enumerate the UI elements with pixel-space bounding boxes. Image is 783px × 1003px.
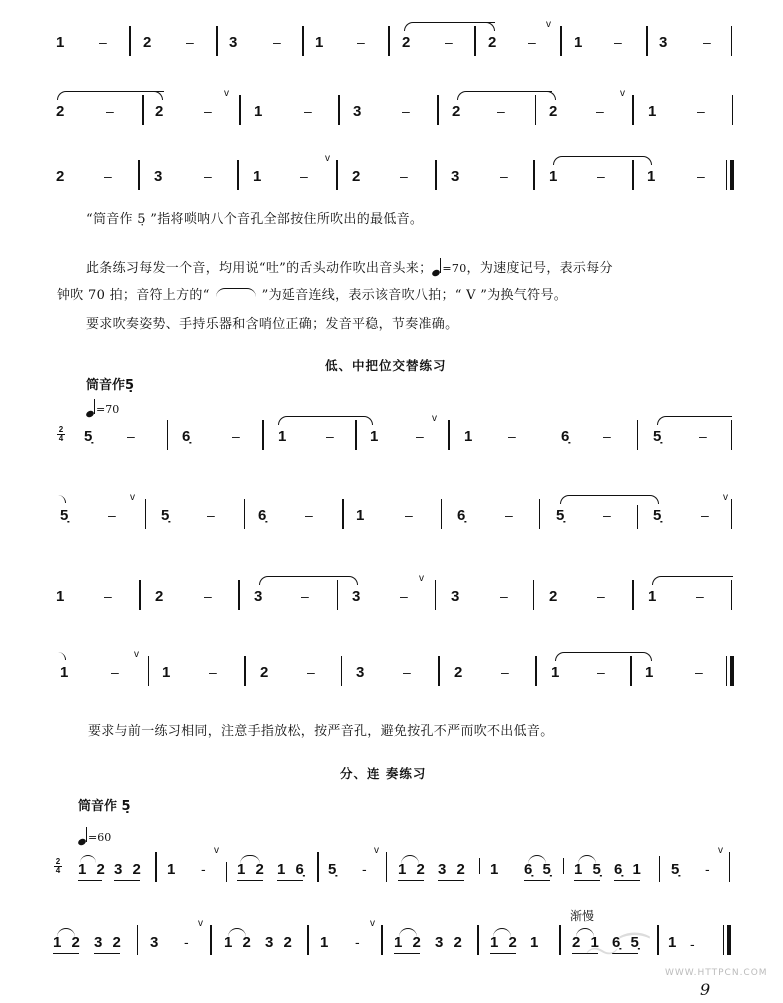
time-sig-bottom: 4 xyxy=(59,434,63,443)
tie-end xyxy=(50,652,66,660)
note-group: 1 6̣ xyxy=(277,862,307,877)
score-line-3: 2 – 3 – 1 – v 2 – 3 – 1 – 1 – xyxy=(0,160,783,204)
barline xyxy=(216,26,218,56)
dash: – xyxy=(127,429,135,443)
note: 1 xyxy=(56,35,64,50)
note: 3 xyxy=(451,169,459,184)
underline-eighth xyxy=(78,880,102,881)
dash: – xyxy=(402,104,410,118)
barline xyxy=(386,852,387,882)
dash: – xyxy=(104,589,112,603)
breath-mark: v xyxy=(374,846,379,856)
tie-symbol-icon xyxy=(216,288,256,297)
underline-eighth xyxy=(53,953,79,954)
dash: – xyxy=(596,104,604,118)
dash: – xyxy=(697,169,705,183)
barline xyxy=(336,160,338,190)
paragraph-ex2-requirements: 要求与前一练习相同，注意手指放松，按严音孔，避免按孔不严而吹不出低音。 xyxy=(88,725,554,738)
barline xyxy=(238,580,240,610)
note: 3 xyxy=(150,935,158,950)
breath-mark: v xyxy=(130,493,135,503)
note: 2 xyxy=(488,35,496,50)
note: 1 xyxy=(647,169,655,184)
barline xyxy=(731,580,732,610)
barline xyxy=(533,160,535,190)
breath-mark: v xyxy=(432,414,437,424)
note: 1 xyxy=(254,104,262,119)
tie-slur xyxy=(259,576,358,585)
note: 3 xyxy=(659,35,667,50)
breath-mark: v xyxy=(214,846,219,856)
barline xyxy=(533,580,534,610)
dash: – xyxy=(106,104,114,118)
dash: – xyxy=(508,429,516,443)
dash: – xyxy=(497,104,505,118)
note: 2 xyxy=(402,35,410,50)
dash: – xyxy=(400,589,408,603)
dash: – xyxy=(99,35,107,49)
note: 3 xyxy=(451,589,459,604)
dash: – xyxy=(304,104,312,118)
note: 1 xyxy=(253,169,261,184)
ex3-score-line-2: 1 2 3 2 3 - v 1 2 3 2 1 - v 1 2 3 2 1 2 … xyxy=(0,925,783,969)
barline xyxy=(731,26,732,56)
barline xyxy=(338,95,340,125)
ex2-score-line-2: 5̣ – v 5̣ – 6̣ – 1 – 6̣ – 5̣ – 5̣ – v xyxy=(0,499,783,543)
dash: – xyxy=(603,429,611,443)
barline xyxy=(637,420,638,450)
dash: - xyxy=(184,935,189,949)
tempo-marking: =70 xyxy=(86,399,119,417)
barline xyxy=(448,420,450,450)
barline xyxy=(560,26,562,56)
ex2-score-line-1: 2 4 5̣ – 6̣ – 1 – 1 – v 1 – 6̣ – 5̣ – xyxy=(0,420,783,464)
tie-slur xyxy=(142,91,163,100)
note: 2 xyxy=(260,665,268,680)
tie-slur xyxy=(555,652,652,661)
dash: – xyxy=(207,508,215,522)
breath-mark: v xyxy=(198,919,203,929)
note: 1 xyxy=(356,508,364,523)
barline xyxy=(535,656,537,686)
note: 5̣ xyxy=(653,508,661,523)
barline xyxy=(337,580,338,610)
paragraph-articulation: 此条练习每发一个音，均用说“吐”的舌头动作吹出音头来；=70，为速度记号，表示每… xyxy=(86,258,613,276)
note: 2 xyxy=(549,589,557,604)
barline xyxy=(659,856,660,882)
barline xyxy=(148,656,149,686)
barline xyxy=(632,95,634,125)
note: 6̣ xyxy=(182,429,190,444)
note: 1 xyxy=(645,665,653,680)
note: 6̣ xyxy=(561,429,569,444)
tie-slur xyxy=(560,495,659,504)
barline xyxy=(732,95,733,125)
dash: – xyxy=(300,169,308,183)
final-barline xyxy=(726,656,734,686)
breath-mark: v xyxy=(325,154,330,164)
text: ”为延音连线，表示该音吹八拍；“ V ”为换气符号。 xyxy=(262,288,567,303)
tempo-marking: =60 xyxy=(78,827,111,845)
barline xyxy=(139,580,141,610)
watermark-url: WWW.HTTPCN.COM xyxy=(665,968,768,978)
dash: – xyxy=(400,169,408,183)
barline xyxy=(539,499,540,529)
dash: – xyxy=(301,589,309,603)
barline xyxy=(244,499,245,529)
dash: – xyxy=(204,589,212,603)
note: 6̣ xyxy=(457,508,465,523)
note: 3 xyxy=(353,104,361,119)
tie-end xyxy=(50,495,66,503)
note: 1 xyxy=(490,862,498,877)
dash: – xyxy=(307,665,315,679)
note: 3 xyxy=(154,169,162,184)
note-group: 3 2 xyxy=(435,935,465,950)
underline-eighth xyxy=(490,953,516,954)
note-group: 3 2 xyxy=(438,862,468,877)
barline xyxy=(341,656,342,686)
underline-eighth xyxy=(524,880,550,881)
dash: – xyxy=(209,665,217,679)
tempo-value: =70 xyxy=(442,262,466,275)
note: 5̣ xyxy=(328,862,336,877)
paragraph-tie-breath: 钟吹 70 拍；音符上方的“”为延音连线，表示该音吹八拍；“ V ”为换气符号。 xyxy=(57,288,567,302)
ex2-score-line-3: 1 – 2 – 3 – 3 – v 3 – 2 – 1 – xyxy=(0,580,783,624)
dash: – xyxy=(416,429,424,443)
note: 1 xyxy=(464,429,472,444)
barline xyxy=(646,26,648,56)
breath-mark: v xyxy=(718,846,723,856)
dash: – xyxy=(204,169,212,183)
dash: – xyxy=(204,104,212,118)
note: 1 xyxy=(315,35,323,50)
barline xyxy=(244,656,246,686)
dash: – xyxy=(597,589,605,603)
dash: – xyxy=(597,665,605,679)
ex2-score-line-4: 1 – v 1 – 2 – 3 – 2 – 1 – 1 – xyxy=(0,656,783,700)
dash: – xyxy=(108,508,116,522)
dash: - xyxy=(690,937,695,951)
dash: – xyxy=(597,169,605,183)
barline xyxy=(381,925,383,955)
dash: – xyxy=(701,508,709,522)
dash: - xyxy=(355,935,360,949)
dash: - xyxy=(362,862,367,876)
underline-eighth xyxy=(277,880,303,881)
barline xyxy=(438,656,440,686)
quarter-note-icon xyxy=(432,258,442,276)
breath-mark: v xyxy=(370,919,375,929)
underline-eighth xyxy=(398,880,424,881)
note: 2 xyxy=(549,104,557,119)
section-title-low-mid-alternation: 低、中把位交替练习 xyxy=(325,360,447,373)
breath-mark: v xyxy=(419,574,424,584)
breath-mark: v xyxy=(620,89,625,99)
note: 5̣ xyxy=(556,508,564,523)
breath-mark: v xyxy=(723,493,728,503)
note: 1 xyxy=(668,935,676,950)
tie-slur xyxy=(652,576,733,585)
tie-slur xyxy=(553,156,652,165)
dash: - xyxy=(201,862,206,876)
note: 1 xyxy=(167,862,175,877)
barline xyxy=(210,925,212,955)
note: 2 xyxy=(155,589,163,604)
expression-rit: 渐慢 xyxy=(570,907,594,924)
final-barline xyxy=(726,160,734,190)
note-group: 1 2 xyxy=(398,862,428,877)
barline xyxy=(138,160,140,190)
final-barline xyxy=(723,925,731,955)
barline xyxy=(632,160,634,190)
barline xyxy=(137,925,138,955)
note: 3 xyxy=(352,589,360,604)
barline xyxy=(129,26,131,56)
ex3-score-line-1: 2 4 1 2 3 2 1 - v 1 2 1 6̣ 5̣ - v 1 2 3 … xyxy=(0,852,783,896)
dash: – xyxy=(403,665,411,679)
dash: – xyxy=(405,508,413,522)
barline xyxy=(155,852,157,882)
note: 2 xyxy=(56,169,64,184)
dash: – xyxy=(186,35,194,49)
dash: – xyxy=(501,665,509,679)
dash: – xyxy=(326,429,334,443)
time-signature: 2 4 xyxy=(54,858,62,875)
dash: – xyxy=(695,665,703,679)
note-group: 1 2 xyxy=(394,935,424,950)
dash: – xyxy=(603,508,611,522)
underline-eighth xyxy=(614,880,640,881)
tempo-value: =60 xyxy=(88,831,111,844)
barline xyxy=(559,925,561,955)
dash: – xyxy=(500,589,508,603)
note: 2 xyxy=(56,104,64,119)
note: 3 xyxy=(356,665,364,680)
note-group: 1 2 xyxy=(237,862,267,877)
note: 5̣ xyxy=(60,508,68,523)
barline xyxy=(435,580,436,610)
score-line-2: 2 – 2 – v 1 – 3 – 2 – 2 – v 1 – xyxy=(0,95,783,139)
dash: - xyxy=(705,862,710,876)
text: ，为速度记号，表示每分 xyxy=(467,261,613,276)
note: 1 xyxy=(648,589,656,604)
tie-slur xyxy=(535,91,556,100)
underline-eighth xyxy=(574,880,600,881)
barline xyxy=(307,925,309,955)
note: 1 xyxy=(648,104,656,119)
barline xyxy=(437,95,439,125)
barline xyxy=(226,862,227,882)
barline xyxy=(317,852,319,882)
note: 6̣ xyxy=(258,508,266,523)
note: 1 xyxy=(60,665,68,680)
dash: – xyxy=(357,35,365,49)
barline xyxy=(237,160,239,190)
breath-mark: v xyxy=(134,650,139,660)
note: 2 xyxy=(454,665,462,680)
note: 5̣ xyxy=(161,508,169,523)
note: 2 xyxy=(452,104,460,119)
dash: – xyxy=(273,35,281,49)
underline-eighth xyxy=(394,953,420,954)
barline xyxy=(435,160,437,190)
key-label: 筒音作5̣ xyxy=(86,379,134,392)
note: 1 xyxy=(549,169,557,184)
note: 1 xyxy=(320,935,328,950)
note-group: 1 5̣ xyxy=(574,862,604,877)
tie-slur xyxy=(657,416,732,425)
barline xyxy=(167,420,168,450)
breath-mark: v xyxy=(546,20,551,30)
page-number: 9 xyxy=(700,980,710,999)
barline xyxy=(731,499,732,529)
breath-mark: v xyxy=(224,89,229,99)
note-group: 6̣ 5̣ xyxy=(524,862,554,877)
note: 2 xyxy=(155,104,163,119)
note: 3 xyxy=(229,35,237,50)
note-group: 1 2 xyxy=(78,862,108,877)
dash: – xyxy=(500,169,508,183)
key-label: 筒音作 5̣ xyxy=(78,800,131,813)
barline xyxy=(657,925,659,955)
barline xyxy=(637,505,638,529)
barline xyxy=(355,420,357,450)
note: 5̣ xyxy=(671,862,679,877)
barline xyxy=(145,499,146,529)
note: 1 xyxy=(530,935,538,950)
underline-eighth xyxy=(237,880,263,881)
barline xyxy=(239,95,241,125)
dash: – xyxy=(614,35,622,49)
barline xyxy=(729,852,730,882)
underline-eighth xyxy=(438,880,464,881)
barline xyxy=(441,499,442,529)
dash: – xyxy=(445,35,453,49)
watermark-logo-icon: 〜⁀ xyxy=(585,925,650,974)
dash: – xyxy=(699,429,707,443)
barline xyxy=(563,858,564,874)
dash: – xyxy=(505,508,513,522)
note-group: 3 2 xyxy=(265,935,295,950)
note: 1 xyxy=(370,429,378,444)
barline xyxy=(342,499,344,529)
barline xyxy=(477,925,479,955)
note-group: 1 2 xyxy=(53,935,83,950)
tie-slur xyxy=(474,22,495,31)
note: 5̣ xyxy=(653,429,661,444)
dash: – xyxy=(232,429,240,443)
dash: – xyxy=(528,35,536,49)
dash: – xyxy=(111,665,119,679)
barline xyxy=(302,26,304,56)
note-group: 1 2 xyxy=(490,935,520,950)
note: 1 xyxy=(278,429,286,444)
barline xyxy=(632,580,634,610)
dash: – xyxy=(703,35,711,49)
time-sig-bottom: 4 xyxy=(56,866,60,875)
dash: – xyxy=(305,508,313,522)
note-group: 3 2 xyxy=(94,935,124,950)
score-line-1: 1 – 2 – 3 – 1 – 2 – 2 – v 1 – 3 – xyxy=(0,26,783,70)
note: 1 xyxy=(574,35,582,50)
quarter-note-icon xyxy=(78,827,88,845)
note: 1 xyxy=(551,665,559,680)
note-group: 1 2 xyxy=(224,935,254,950)
text: 此条练习每发一个音，均用说“吐”的舌头动作吹出音头来； xyxy=(86,261,432,276)
paragraph-low-note: “筒音作 5̣ ”指将唢呐八个音孔全部按住所吹出的最低音。 xyxy=(86,213,423,226)
barline xyxy=(479,858,480,874)
barline xyxy=(262,420,264,450)
dash: – xyxy=(697,104,705,118)
dash: – xyxy=(104,169,112,183)
time-signature: 2 4 xyxy=(57,426,65,443)
note: 2 xyxy=(352,169,360,184)
note: 2 xyxy=(143,35,151,50)
underline-eighth xyxy=(114,880,140,881)
section-title-detache-legato: 分、连 奏练习 xyxy=(340,768,426,781)
underline-eighth xyxy=(94,953,120,954)
note-group: 3 2 xyxy=(114,862,144,877)
barline xyxy=(630,656,632,686)
paragraph-requirements: 要求吹奏姿势、手持乐器和含哨位正确；发音平稳，节奏准确。 xyxy=(86,318,458,331)
barline xyxy=(388,26,390,56)
text: 钟吹 70 拍；音符上方的“ xyxy=(57,288,210,303)
barline xyxy=(731,420,732,450)
tempo-value: =70 xyxy=(96,403,119,416)
note: 1 xyxy=(162,665,170,680)
note-group: 6̣ 1 xyxy=(614,862,644,877)
tie-slur xyxy=(278,416,373,425)
dash: – xyxy=(696,589,704,603)
note: 5̣ xyxy=(84,429,92,444)
note: 3 xyxy=(254,589,262,604)
note: 1 xyxy=(56,589,64,604)
quarter-note-icon xyxy=(86,399,96,417)
